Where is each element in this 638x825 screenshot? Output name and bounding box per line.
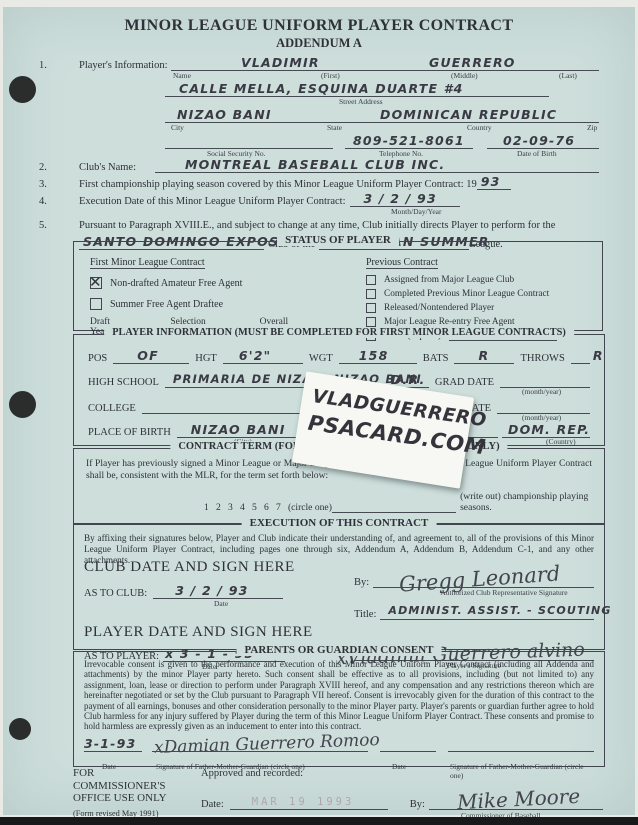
punch-hole-top [9,76,36,103]
draft-label: Draft [90,317,170,327]
bats-label: BATS [423,353,449,364]
title-value: ADMINIST. ASSIST. - SCOUTING [388,604,611,619]
footer-left-3: OFFICE USE ONLY [73,792,193,805]
item5-label: Pursuant to Paragraph XVIII.E., and subj… [79,220,555,231]
item4-number: 4. [39,196,79,207]
prev-option-3: Released/Nontendered Player [366,303,596,313]
name-line: VLADIMIR GUERRERO [171,54,599,71]
guardian-sig2-sub: Signature of Father-Mother-Guardian (cir… [450,762,594,780]
high-school-label: HIGH SCHOOL [88,377,159,388]
throws-value: R [593,348,604,363]
consent-body: Irrevocable consent is given to the perf… [74,652,604,732]
circle-one-numbers: 1 2 3 4 5 6 7 (circle one) [204,502,332,513]
pob-country-line: DOM. REP. [502,421,590,438]
execution-title: EXECUTION OF THIS CONTRACT [242,517,437,529]
prev-option-1: Assigned from Major League Club [366,275,596,285]
consent-date-line: 3-1-93 [84,735,142,752]
grad-date-line [500,371,590,388]
by-label: By: [354,577,369,588]
item1-number: 1. [39,60,79,71]
pos-line: OF [113,347,189,364]
checkbox-empty [366,289,376,299]
player-information-section: 1. Player's Information: VLADIMIR GUERRE… [39,53,599,158]
grad-date-line-2 [497,397,590,414]
term-tail: (write out) championship playing seasons… [460,491,604,513]
execution-box: EXECUTION OF THIS CONTRACT By affixing t… [73,524,605,650]
item3-number: 3. [39,179,79,190]
season-line: 93 [477,173,511,190]
last-sub: (Last) [559,71,577,80]
item4-label: Execution Date of this Minor League Unif… [79,196,346,207]
player-info-title: PLAYER INFORMATION (MUST BE COMPLETED FO… [104,327,574,338]
hgt-label: HGT [195,353,217,364]
consent-box: PARENTS OR GUARDIAN CONSENT Irrevocable … [73,651,605,767]
checkbox-empty [366,317,376,327]
pob-country-sub: (Country) [546,437,576,446]
country-value: DOMINICAN REPUBLIC [380,107,557,122]
punch-hole-middle [9,391,36,418]
prev-option-4-label: Major League Re-entry Free Agent [384,317,515,327]
hgt-line: 6'2" [223,347,303,364]
page-title: MINOR LEAGUE UNIFORM PLAYER CONTRACT [3,17,635,35]
phone-line: 809-521-8061 [345,132,473,149]
prev-option-2-label: Completed Previous Minor League Contract [384,289,549,299]
grad-date-label: GRAD DATE [435,377,494,388]
contract-page: MINOR LEAGUE UNIFORM PLAYER CONTRACT ADD… [3,7,635,815]
club-name-value: MONTREAL BASEBALL CLUB INC. [185,157,445,172]
throws-line: R [571,347,590,364]
pob-country-value: DOM. REP. [508,422,590,437]
season-value: 93 [481,174,501,189]
footer-date-line: MAR 19 1993 [230,793,388,810]
nondrafted-option: ✕ Non-drafted Amateur Free Agent [90,277,340,289]
prev-option-1-label: Assigned from Major League Club [384,275,514,285]
city-line: NIZAO BANI DOMINICAN REPUBLIC [165,106,599,123]
title-label: Title: [354,609,376,620]
guardian-signature: xDamian Guerrero Romoo [154,730,380,758]
street-value: CALLE MELLA, ESQUINA DUARTE #4 [179,81,464,96]
item5-number: 5. [39,220,79,231]
first-name-value: VLADIMIR [241,55,320,70]
bats-line: R [454,347,514,364]
hgt-value: 6'2" [239,348,272,363]
scanned-contract: { "header": { "title": "MINOR LEAGUE UNI… [0,0,638,825]
selection-label: Selection [170,317,259,327]
term-write-line [332,502,456,513]
city-value: NIZAO BANI [177,107,272,122]
first-contract-heading: First Minor League Contract [90,257,205,269]
wgt-label: WGT [309,353,333,364]
consent-title: PARENTS OR GUARDIAN CONSENT [237,644,442,656]
name-sub: Name [173,71,191,80]
club-date-line: 3 / 2 / 93 [153,582,283,599]
commissioner-signature: Mike Moore [456,784,580,814]
checkbox-empty [366,303,376,313]
execution-date-line: 3 / 2 / 93 [350,190,460,207]
item2-label: Club's Name: [79,162,155,173]
item1-label: Player's Information: [79,60,171,71]
punch-hole-bottom [9,718,31,740]
consent-date-value: 3-1-93 [84,736,136,751]
approved-label: Approved and recorded: [201,768,303,779]
dob-value: 02-09-76 [503,133,575,148]
checkbox-empty [90,298,102,310]
bats-value: R [478,348,489,363]
item2-number: 2. [39,162,79,173]
prev-option-4: Major League Re-entry Free Agent [366,317,596,327]
first-sub: (First) [321,71,340,80]
pos-label: POS [88,353,107,364]
guardian-sig-line: xDamian Guerrero Romoo [152,735,368,752]
prev-option-2: Completed Previous Minor League Contract [366,289,596,299]
ssn-line [165,132,333,149]
execution-date-value: 3 / 2 / 93 [364,191,437,206]
footer-date-label: Date: [201,799,224,810]
x-mark: ✕ [89,273,102,291]
middle-sub: (Middle) [451,71,478,80]
item3-label: First championship playing season covere… [79,179,477,190]
status-of-player-box: STATUS OF PLAYER First Minor League Cont… [73,241,603,331]
city-sub: City [171,123,184,132]
wgt-line: 158 [339,347,417,364]
place-of-birth-label: PLACE OF BIRTH [88,427,171,438]
club-date-value: 3 / 2 / 93 [175,583,248,598]
footer-by-label: By: [410,799,425,810]
nondrafted-label: Non-drafted Amateur Free Agent [110,278,242,289]
first-contract-column: First Minor League Contract ✕ Non-drafte… [90,252,340,337]
checkbox-empty [366,275,376,285]
scan-edge-strip [0,817,638,825]
checkbox-checked: ✕ [90,277,102,289]
grad-my-sub: (month/year) [522,387,561,396]
prev-option-3-label: Released/Nontendered Player [384,303,494,313]
zip-sub: Zip [587,123,597,132]
consent-signature-row: 3-1-93 xDamian Guerrero Romoo [84,735,594,752]
commissioner-use-block: FOR COMMISSIONER'S OFFICE USE ONLY (Form… [73,767,193,820]
dob-line: 02-09-76 [487,132,599,149]
footer-left-2: COMMISSIONER'S [73,780,193,793]
throws-label: THROWS [520,353,564,364]
college-label: COLLEGE [88,403,136,414]
as-to-club-label: AS TO CLUB: [84,588,147,599]
commissioner-sig-line: Mike Moore [429,793,603,810]
street-line: CALLE MELLA, ESQUINA DUARTE #4 [165,80,549,97]
mdy-sub: Month/Day/Year [391,207,442,216]
footer-left-1: FOR [73,767,193,780]
pos-value: OF [137,348,159,363]
overall-label: Overall [260,317,340,327]
title-line: ADMINIST. ASSIST. - SCOUTING [380,603,594,620]
pob-city-value: NIZAO BANI [191,422,286,437]
guardian-sig2-line [448,735,594,752]
consent-date2-sub: Date [392,762,406,771]
club-date-sub: Date [214,599,324,608]
page-subtitle: ADDENDUM A [3,36,635,51]
approved-date-stamp: MAR 19 1993 [252,796,355,808]
last-name-value: GUERRERO [429,55,516,70]
club-name-line: MONTREAL BASEBALL CLUB INC. [155,156,599,173]
previous-contract-heading: Previous Contract [366,257,438,269]
wgt-value: 158 [359,348,389,363]
status-title: STATUS OF PLAYER [277,234,399,246]
state-sub: State [327,123,342,132]
street-sub: Street Address [339,97,383,106]
summer-draftee-label: Summer Free Agent Draftee [110,299,223,310]
club-sig-line: Gregg Leonard [373,571,594,588]
phone-value: 809-521-8061 [353,133,465,148]
summer-draftee-option: Summer Free Agent Draftee [90,298,340,310]
country-sub: Country [467,123,492,132]
club-sign-heading: CLUB DATE AND SIGN HERE [84,559,324,576]
consent-date2-line [380,735,436,752]
player-sign-heading: PLAYER DATE AND SIGN HERE [84,624,324,641]
